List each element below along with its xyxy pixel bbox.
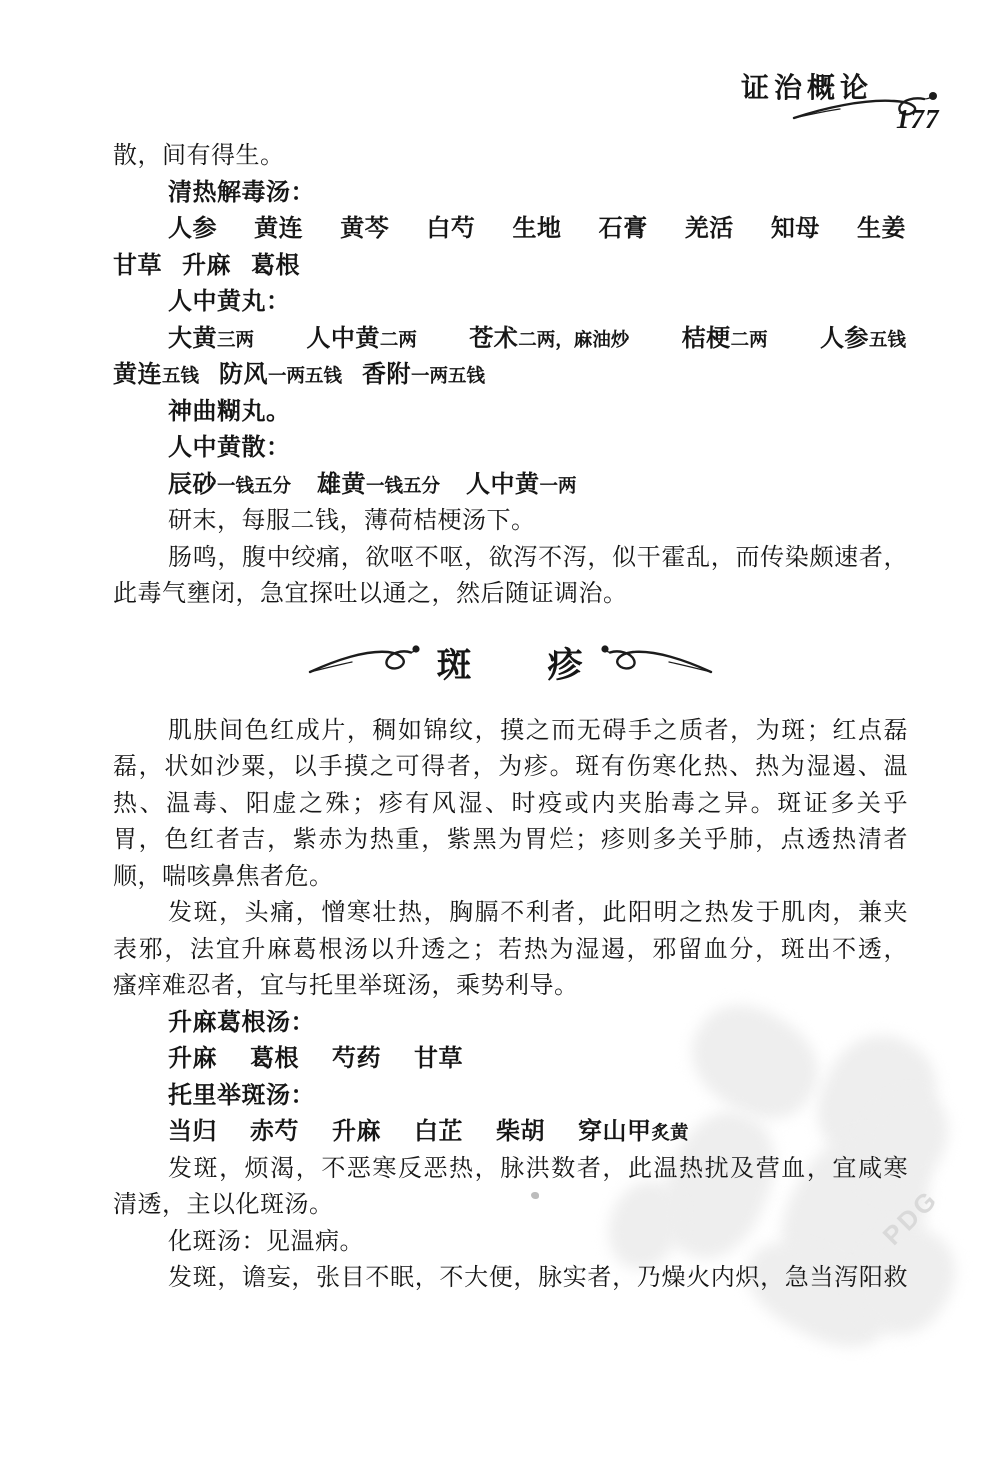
section-title-char2: 疹 (548, 638, 585, 688)
body-line: 发斑，烦渴，不恶寒反恶热，脉洪数者，此温热扰及营血，宜咸寒 (113, 1151, 908, 1188)
body-line: 发斑，头痛，憎寒壮热，胸膈不利者，此阳明之热发于肌肉，兼夹 (113, 895, 908, 932)
ingredient-with-dose: 苍术二两，麻油炒 (469, 321, 629, 360)
ingredient: 生姜 (857, 211, 906, 248)
body-line: 发斑，谵妄，张目不眠，不大便，脉实者，乃燥火内炽，急当泻阳救 (113, 1260, 908, 1297)
dose-note: 五钱 (162, 367, 199, 387)
dose-note: 炙黄 (652, 1124, 689, 1144)
body-line: 瘙痒难忍者，宜与托里举斑汤，乘势利导。 (113, 968, 908, 1005)
body-line: 此毒气壅闭，急宜探吐以通之，然后随证调治。 (113, 576, 908, 613)
dose-note: 二两 (380, 331, 417, 351)
dose-note: 一两五钱 (411, 367, 485, 387)
ingredient: 黄芩 (340, 211, 389, 248)
ingredient-with-dose: 香附一两五钱 (362, 357, 485, 396)
ingredient-with-dose: 黄连五钱 (113, 357, 199, 396)
dose-note: 三两 (217, 331, 254, 351)
ingredient: 知母 (771, 211, 820, 248)
ingredient: 羌活 (685, 211, 734, 248)
ingredient: 升麻 (168, 1041, 217, 1078)
flourish-right-icon (601, 642, 713, 684)
body-line: 肌肤间色红成片，稠如锦纹，摸之而无碍手之质者，为斑；红点磊 (113, 713, 908, 750)
ingredient-with-dose: 穿山甲炙黄 (578, 1114, 689, 1153)
usage-instruction: 研末，每服二钱，薄荷桔梗汤下。 (113, 503, 908, 540)
ingredients-qingrejiedutang: 人参 黄连 黄芩 白芍 生地 石膏 羌活 知母 生姜 (113, 211, 908, 248)
dose-note: 一钱五分 (366, 477, 440, 497)
section-title-char1: 斑 (436, 638, 473, 688)
formula-title-renzhonghuangwan: 人中黄丸： (113, 284, 908, 321)
ingredient: 赤芍 (250, 1114, 299, 1151)
ingredient-with-dose: 防风一两五钱 (219, 357, 342, 396)
formula-title-renzhonghuangsan: 人中黄散： (113, 430, 908, 467)
ingredient: 柴胡 (496, 1114, 545, 1151)
ingredient-with-dose: 雄黄一钱五分 (317, 467, 440, 506)
ingredients-tuolijubantang: 当归 赤芍 升麻 白芷 柴胡 穿山甲炙黄 (113, 1114, 908, 1151)
body-line: 胃，色红者吉，紫赤为热重，紫黑为胃烂；疹则多关乎肺，点透热清者 (113, 822, 908, 859)
formula-title-shengmagegentang: 升麻葛根汤： (113, 1005, 908, 1042)
ingredients-renzhonghuangwan: 大黄三两 人中黄二两 苍术二两，麻油炒 桔梗二两 人参五钱 (113, 321, 908, 358)
ingredient-with-dose: 桔梗二两 (682, 321, 768, 360)
ingredient: 白芍 (426, 211, 475, 248)
ingredient: 芍药 (332, 1041, 381, 1078)
ingredients-renzhonghuangwan-cont: 黄连五钱 防风一两五钱 香附一两五钱 (113, 357, 908, 394)
page-body: 散，间有得生。 清热解毒汤： 人参 黄连 黄芩 白芍 生地 石膏 羌活 知母 生… (113, 138, 908, 1297)
formula-title-tuolijubantang: 托里举斑汤： (113, 1078, 908, 1115)
dose-note: 五钱 (869, 331, 906, 351)
ingredient-with-dose: 辰砂一钱五分 (168, 467, 291, 506)
section-heading-banzhen: 斑 疹 (113, 613, 908, 713)
ingredient: 白芷 (414, 1114, 463, 1151)
book-page: PDG 证治概论 177 散，间有得生。 清热解毒汤： 人参 黄连 黄芩 白芍 … (0, 0, 983, 1470)
ingredient: 人参 (168, 211, 217, 248)
ingredient: 甘草 (414, 1041, 463, 1078)
ingredient: 当归 (168, 1114, 217, 1151)
ingredient-with-dose: 人中黄一两 (466, 467, 577, 506)
ingredient: 石膏 (599, 211, 648, 248)
dose-note: 二两，麻油炒 (518, 331, 629, 351)
body-line: 肠鸣，腹中绞痛，欲呕不呕，欲泻不泻，似干霍乱，而传染颇速者， (113, 540, 908, 577)
ingredient: 甘草 (113, 248, 162, 285)
page-number: 177 (896, 104, 940, 135)
note-shenqu-huwan: 神曲糊丸。 (113, 394, 908, 431)
body-line-continuation: 散，间有得生。 (113, 138, 908, 175)
ingredients-shengmagegentang: 升麻 葛根 芍药 甘草 (113, 1041, 908, 1078)
ingredient: 升麻 (182, 248, 231, 285)
ingredient: 升麻 (332, 1114, 381, 1151)
body-line: 表邪，法宜升麻葛根汤以升透之；若热为湿遏，邪留血分，斑出不透， (113, 932, 908, 969)
formula-reference-huabantang: 化斑汤：见温病。 (113, 1224, 908, 1261)
dose-note: 一钱五分 (217, 477, 291, 497)
ingredients-renzhonghuangsan: 辰砂一钱五分 雄黄一钱五分 人中黄一两 (113, 467, 908, 504)
ingredient-with-dose: 大黄三两 (168, 321, 254, 360)
flourish-left-icon (308, 642, 420, 684)
ingredients-qingrejiedutang-cont: 甘草 升麻 葛根 (113, 248, 908, 285)
body-line: 清透，主以化斑汤。 (113, 1187, 908, 1224)
dose-note: 一两五钱 (268, 367, 342, 387)
formula-title-qingrejiedutang: 清热解毒汤： (113, 175, 908, 212)
ingredient: 黄连 (254, 211, 303, 248)
ingredient: 葛根 (250, 1041, 299, 1078)
ingredient: 生地 (513, 211, 562, 248)
dose-note: 二两 (731, 331, 768, 351)
body-line: 顺，喘咳鼻焦者危。 (113, 859, 908, 896)
ingredient-with-dose: 人参五钱 (820, 321, 906, 360)
ingredient: 葛根 (251, 248, 300, 285)
ingredient-with-dose: 人中黄二两 (306, 321, 417, 360)
body-line: 磊，状如沙粟，以手摸之可得者，为疹。斑有伤寒化热、热为湿遏、温 (113, 749, 908, 786)
dose-note: 一两 (540, 477, 577, 497)
body-line: 热、温毒、阳虚之殊；疹有风湿、时疫或内夹胎毒之异。斑证多关乎 (113, 786, 908, 823)
